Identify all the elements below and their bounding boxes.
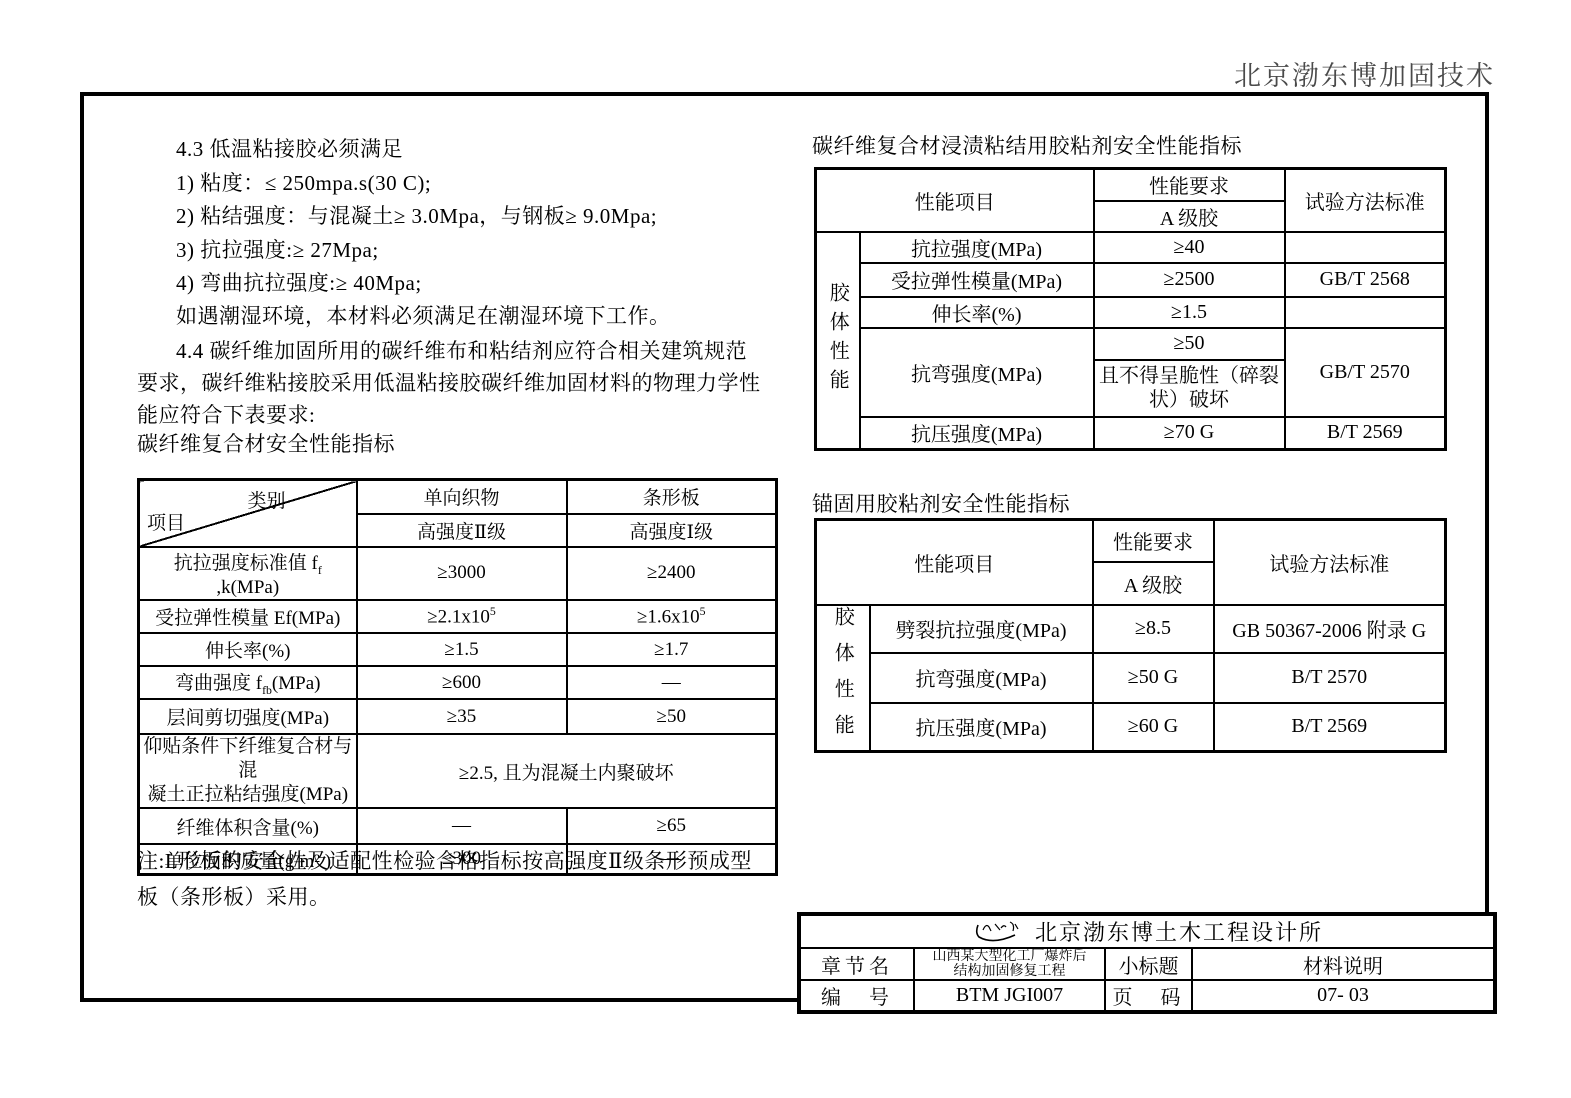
cell-standard	[1285, 297, 1446, 328]
header-requirement: 性能要求	[1094, 169, 1285, 201]
cell-requirement: ≥40	[1094, 232, 1285, 263]
paragraph-line: 4.3 低温粘接胶必须满足	[176, 133, 403, 163]
impreg-table: 性能项目 性能要求 试验方法标准 A 级胶 胶体性能 抗拉强度(MPa) ≥40…	[814, 167, 1447, 451]
paragraph-line: 1) 粘度：≤ 250mpa.s(30 C);	[176, 167, 431, 197]
cell-value: ≥1.7	[567, 633, 777, 666]
column-header-plate: 条形板	[567, 480, 777, 514]
paragraph-line: 4) 弯曲抗拉强度:≥ 40Mpa;	[176, 267, 422, 297]
side-label-adhesive-properties: 胶体性能	[816, 232, 860, 450]
row-item: 抗弯强度(MPa)	[870, 653, 1093, 703]
header-standard: 试验方法标准	[1285, 169, 1446, 232]
row-label: 弯曲强度 ffb(MPa)	[139, 666, 357, 699]
cell-requirement: ≥60 G	[1093, 703, 1214, 751]
note-line: 注:L形板的安全性及适配性检验合格指标按高强度Ⅱ级条形预成型	[137, 845, 752, 875]
cell-standard: B/T 2569	[1285, 417, 1446, 450]
impreg-table-title: 碳纤维复合材浸渍粘结用胶粘剂安全性能指标	[812, 130, 1242, 160]
cell-requirement-note: 且不得呈脆性（碎裂状）破坏	[1094, 360, 1285, 417]
header-grade: A 级胶	[1093, 562, 1214, 605]
chapter-value-line2: 结构加固修复工程	[917, 964, 1102, 979]
document-page: 北京渤东博加固技术 4.3 低温粘接胶必须满足 1) 粘度：≤ 250mpa.s…	[0, 0, 1571, 1098]
title-block: 北京渤东博土木工程设计所 章节名 山西某大型化工厂爆炸后 结构加固修复工程 小标…	[797, 912, 1497, 1014]
cell-requirement: ≥50 G	[1093, 653, 1214, 703]
cell-requirement: ≥1.5	[1094, 297, 1285, 328]
company-row-inner: 北京渤东博土木工程设计所	[803, 916, 1491, 947]
header-item: 性能项目	[816, 169, 1094, 232]
anchor-table-title: 锚固用胶粘剂安全性能指标	[812, 488, 1070, 518]
cell-requirement: ≥2500	[1094, 263, 1285, 297]
side-label-adhesive-properties: 胶体性能	[816, 605, 870, 752]
row-item: 受拉弹性模量(MPa)	[860, 263, 1094, 297]
cell-value: ≥65	[567, 808, 777, 844]
header-grade: A 级胶	[1094, 201, 1285, 232]
paragraph-line: 如遇潮湿环境，本材料必须满足在潮湿环境下工作。	[176, 300, 671, 330]
row-item: 抗压强度(MPa)	[860, 417, 1094, 450]
row-label: 伸长率(%)	[139, 633, 357, 666]
corner-item-label: 项目	[147, 508, 185, 535]
anchor-table: 性能项目 性能要求 试验方法标准 A 级胶 胶体性能 劈裂抗拉强度(MPa) ≥…	[814, 518, 1447, 753]
cell-value: ≥1.6x105	[567, 600, 777, 633]
chapter-value: 山西某大型化工厂爆炸后 结构加固修复工程	[914, 948, 1105, 980]
note-line: 板（条形板）采用。	[137, 881, 331, 911]
cell-requirement: ≥50	[1094, 328, 1285, 360]
page-value: 07- 03	[1192, 980, 1495, 1012]
row-label: 层间剪切强度(MPa)	[139, 699, 357, 734]
row-item: 劈裂抗拉强度(MPa)	[870, 605, 1093, 653]
cell-value: ≥35	[357, 699, 567, 734]
cell-value: ≥50	[567, 699, 777, 734]
number-value: BTM JGI007	[914, 980, 1105, 1012]
column-header-fabric: 单向织物	[357, 480, 567, 514]
grade-header-1: 高强度Ⅰ级	[567, 514, 777, 547]
cell-value: —	[567, 666, 777, 699]
row-item: 伸长率(%)	[860, 297, 1094, 328]
cell-standard: B/T 2570	[1214, 653, 1446, 703]
row-item: 抗弯强度(MPa)	[860, 328, 1094, 417]
subtitle-value: 材料说明	[1192, 948, 1495, 980]
row-label: 纤维体积含量(%)	[139, 808, 357, 844]
paragraph-line: 2) 粘结强度：与混凝土≥ 3.0Mpa，与钢板≥ 9.0Mpa;	[176, 200, 657, 230]
cell-standard: GB 50367-2006 附录 G	[1214, 605, 1446, 653]
cell-value: ≥2400	[567, 547, 777, 601]
company-row: 北京渤东博土木工程设计所	[799, 914, 1495, 948]
paragraph-line: 能应符合下表要求:	[137, 399, 315, 429]
number-label: 编 号	[799, 980, 914, 1012]
cell-value: ≥600	[357, 666, 567, 699]
cell-value: ≥3000	[357, 547, 567, 601]
subtitle-label: 小标题	[1105, 948, 1192, 980]
cell-standard: B/T 2569	[1214, 703, 1446, 751]
chapter-label: 章节名	[799, 948, 914, 980]
cell-standard: GB/T 2568	[1285, 263, 1446, 297]
paragraph-line: 4.4 碳纤维加固所用的碳纤维布和粘结剂应符合相关建筑规范	[176, 335, 747, 365]
paragraph-line: 要求，碳纤维粘接胶采用低温粘接胶碳纤维加固材料的物理力学性	[137, 367, 761, 397]
cell-value: ≥1.5	[357, 633, 567, 666]
page-header: 北京渤东博加固技术	[1234, 54, 1495, 93]
cell-standard: GB/T 2570	[1285, 328, 1446, 417]
row-label: 抗拉强度标准值 ff ,k(MPa)	[139, 547, 357, 601]
paragraph-line: 3) 抗拉强度:≥ 27Mpa;	[176, 234, 379, 264]
row-label: 受拉弹性模量 Ef(MPa)	[139, 600, 357, 633]
cell-requirement: ≥8.5	[1093, 605, 1214, 653]
header-item: 性能项目	[816, 520, 1093, 605]
company-name: 北京渤东博土木工程设计所	[1035, 916, 1323, 947]
corner-cell: 类别 项目	[139, 480, 357, 547]
cell-requirement: ≥70 G	[1094, 417, 1285, 450]
header-standard: 试验方法标准	[1214, 520, 1446, 605]
cell-value: —	[357, 808, 567, 844]
header-requirement: 性能要求	[1093, 520, 1214, 562]
cfrp-table: 类别 项目 单向织物 条形板 高强度Ⅱ级 高强度Ⅰ级 抗拉强度标准值 ff ,k…	[137, 478, 778, 876]
chapter-value-line1: 山西某大型化工厂爆炸后	[917, 949, 1102, 964]
cell-standard	[1285, 232, 1446, 263]
cell-value-merged: ≥2.5, 且为混凝土内聚破坏	[357, 734, 777, 808]
cell-value: ≥2.1x105	[357, 600, 567, 633]
corner-category-label: 类别	[247, 486, 285, 513]
page-label: 页 码	[1105, 980, 1192, 1012]
row-item: 抗拉强度(MPa)	[860, 232, 1094, 263]
company-logo-icon	[971, 919, 1023, 945]
grade-header-2: 高强度Ⅱ级	[357, 514, 567, 547]
row-label: 仰贴条件下纤维复合材与混凝土正拉粘结强度(MPa)	[139, 734, 357, 808]
cfrp-table-title: 碳纤维复合材安全性能指标	[137, 428, 395, 458]
row-item: 抗压强度(MPa)	[870, 703, 1093, 751]
